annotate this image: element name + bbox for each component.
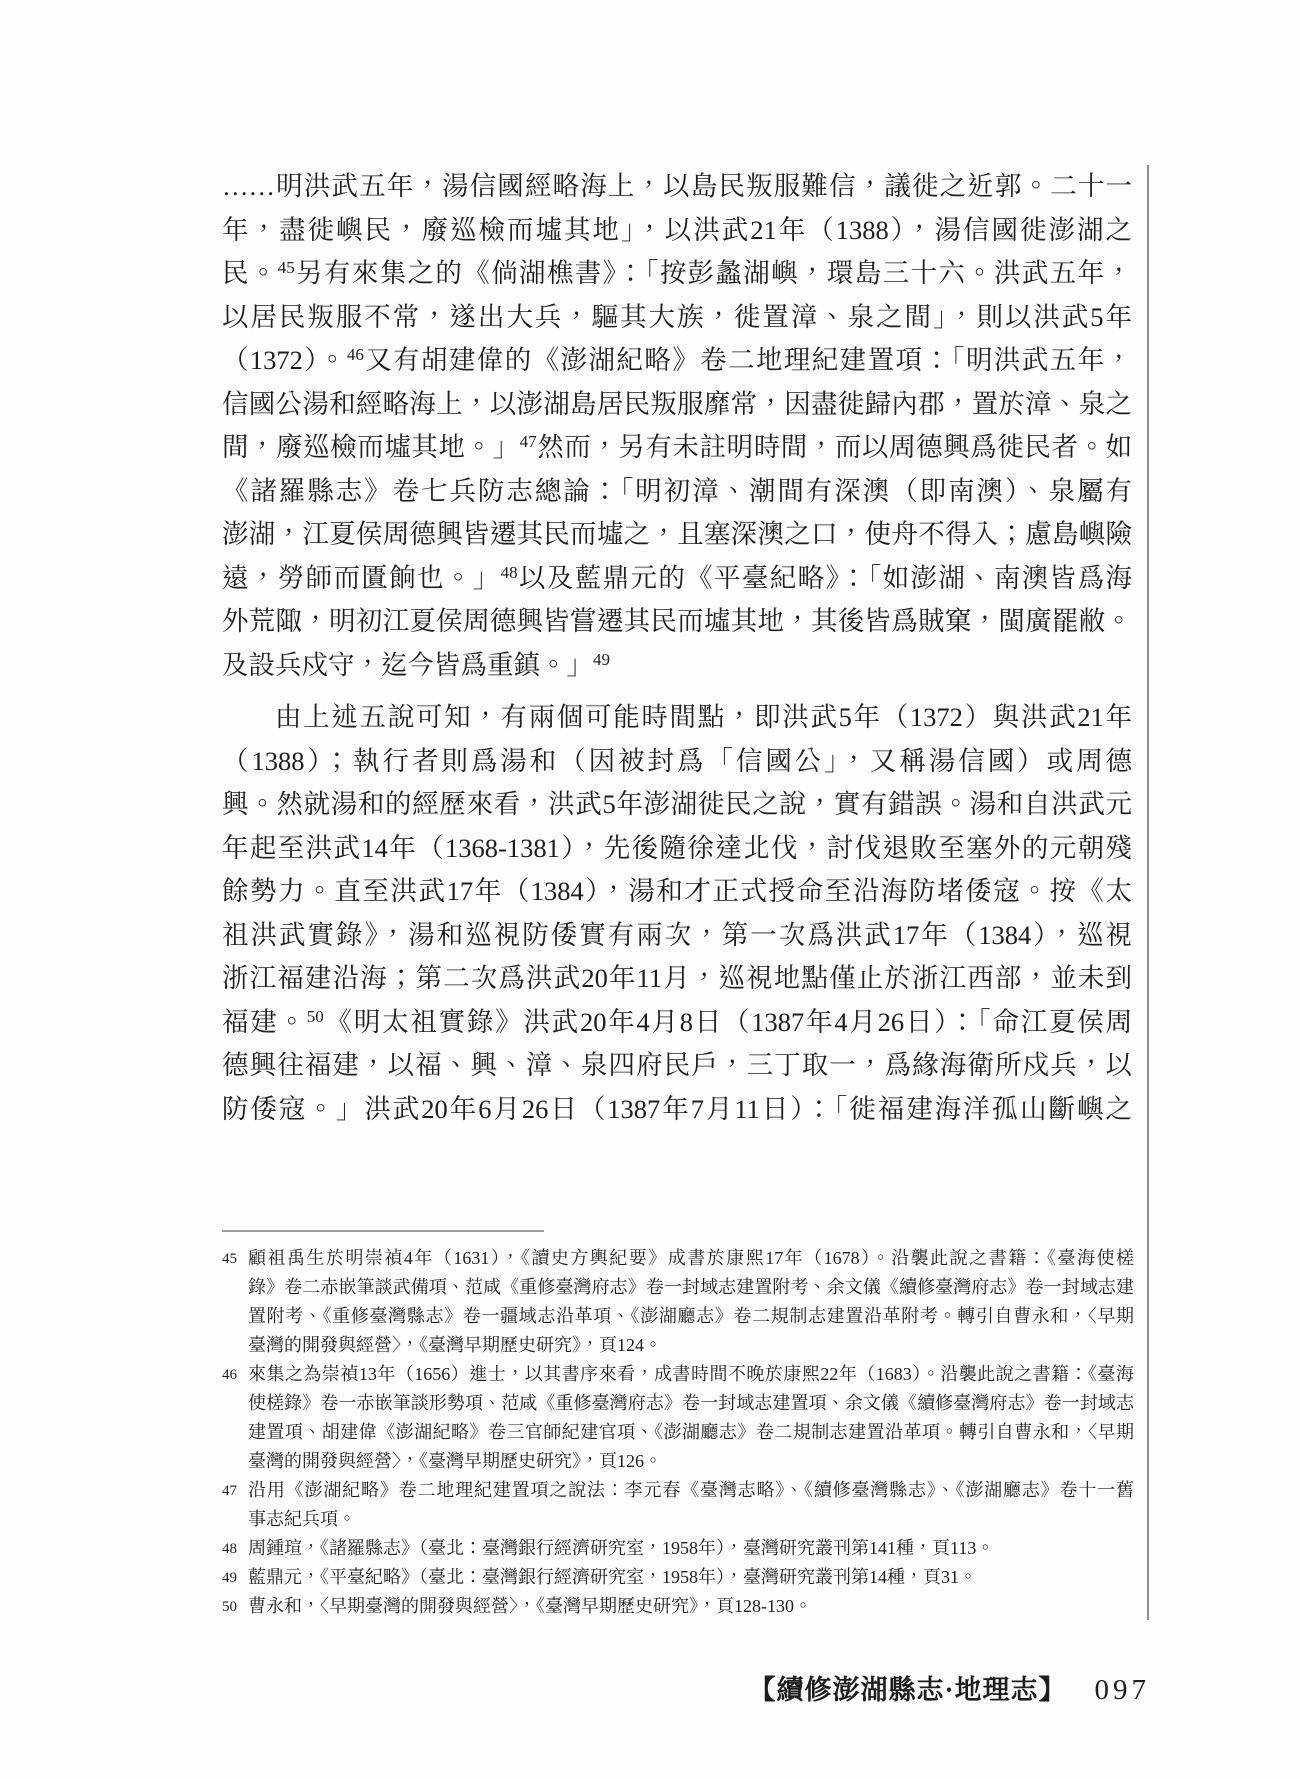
footnote-line: 事志紀兵項。 xyxy=(248,1505,1134,1534)
footnote-line: 臺灣的開發與經營〉，《臺灣早期歷史研究》，頁124。 xyxy=(248,1331,1134,1360)
body-line: 德興往福建，以福、興、漳、泉四府民戶，三丁取一，爲緣海衛所戍兵，以 xyxy=(222,1044,1132,1088)
footnote-line: 臺灣的開發與經營〉，《臺灣早期歷史研究》，頁126。 xyxy=(248,1447,1134,1476)
footer-page-number: 097 xyxy=(1095,1674,1151,1707)
body-line: 民。45另有來集之的《倘湖樵書》：「按彭蠡湖嶼，環島三十六。洪武五年， xyxy=(222,252,1132,296)
body-line: 年起至洪武14年（1368-1381），先後隨徐達北伐，討伐退敗至塞外的元朝殘 xyxy=(222,827,1132,871)
footnote-item: 46來集之為崇禎13年（1656）進士，以其書序來看，成書時間不晚於康熙22年（… xyxy=(222,1360,1134,1476)
body-line: 及設兵戍守，迄今皆爲重鎮。」49 xyxy=(222,644,1132,688)
footnote-item: 45顧祖禹生於明崇禎4年（1631），《讀史方輿紀要》成書於康熙17年（1678… xyxy=(222,1244,1134,1360)
footnote-line: 使槎錄》卷一赤嵌筆談形勢項、范咸《重修臺灣府志》卷一封域志建置項、余文儀《續修臺… xyxy=(248,1389,1134,1418)
body-line: 興。然就湯和的經歷來看，洪武5年澎湖徙民之說，實有錯誤。湯和自洪武元 xyxy=(222,783,1132,827)
body-line: 防倭寇。」洪武20年6月26日（1387年7月11日）：「徙福建海洋孤山斷嶼之 xyxy=(222,1088,1132,1132)
body-line: ……明洪武五年，湯信國經略海上，以島民叛服難信，議徙之近郭。二十一 xyxy=(222,165,1132,209)
body-line: 浙江福建沿海；第二次爲洪武20年11月，巡視地點僅止於浙江西部，並未到 xyxy=(222,957,1132,1001)
footnotes-block: 45顧祖禹生於明崇禎4年（1631），《讀史方輿紀要》成書於康熙17年（1678… xyxy=(222,1244,1134,1621)
footnote-ref: 45 xyxy=(278,258,295,277)
footnote-ref: 47 xyxy=(520,432,537,451)
footnote-ref: 49 xyxy=(593,650,610,669)
footnote-line: 沿用《澎湖紀略》卷二地理紀建置項之說法：李元春《臺灣志略》、《續修臺灣縣志》、《… xyxy=(248,1476,1134,1505)
footnote-line: 建置項、胡建偉《澎湖紀略》卷三官師紀建官項、《澎湖廳志》卷二規制志建置沿革項。轉… xyxy=(248,1418,1134,1447)
footnote-item: 49藍鼎元，《平臺紀略》（臺北：臺灣銀行經濟研究室，1958年），臺灣研究叢刊第… xyxy=(222,1563,1134,1592)
body-line: 《諸羅縣志》卷七兵防志總論：「明初漳、潮間有深澳（即南澳）、泉屬有 xyxy=(222,470,1132,514)
body-line: 遠，勞師而匱餉也。」48以及藍鼎元的《平臺紀略》：「如澎湖、南澳皆爲海 xyxy=(222,557,1132,601)
footnote-ref: 50 xyxy=(307,1007,324,1026)
body-line: 由上述五說可知，有兩個可能時間點，即洪武5年（1372）與洪武21年 xyxy=(222,696,1132,740)
body-line: （1372）。46又有胡建偉的《澎湖紀略》卷二地理紀建置項：「明洪武五年， xyxy=(222,339,1132,383)
footnote-item: 48周鍾瑄，《諸羅縣志》（臺北：臺灣銀行經濟研究室，1958年），臺灣研究叢刊第… xyxy=(222,1534,1134,1563)
book-page: ……明洪武五年，湯信國經略海上，以島民叛服難信，議徙之近郭。二十一年，盡徙嶼民，… xyxy=(0,0,1300,1779)
body-paragraph: ……明洪武五年，湯信國經略海上，以島民叛服難信，議徙之近郭。二十一年，盡徙嶼民，… xyxy=(222,165,1132,687)
footnote-line: 來集之為崇禎13年（1656）進士，以其書序來看，成書時間不晚於康熙22年（16… xyxy=(248,1360,1134,1389)
footnote-separator xyxy=(222,1230,544,1232)
body-paragraph: 由上述五說可知，有兩個可能時間點，即洪武5年（1372）與洪武21年（1388）… xyxy=(222,696,1132,1131)
footnote-number: 50 xyxy=(222,1593,237,1622)
body-line: 福建。50《明太祖實錄》洪武20年4月8日（1387年4月26日）：「命江夏侯周 xyxy=(222,1001,1132,1045)
body-line: （1388）；執行者則爲湯和（因被封爲「信國公」，又稱湯信國）或周德 xyxy=(222,740,1132,784)
footnote-item: 50曹永和，〈早期臺灣的開發與經營〉，《臺灣早期歷史研究》，頁128-130。 xyxy=(222,1592,1134,1621)
footnote-line: 藍鼎元，《平臺紀略》（臺北：臺灣銀行經濟研究室，1958年），臺灣研究叢刊第14… xyxy=(248,1563,1134,1592)
body-line: 祖洪武實錄》，湯和巡視防倭實有兩次，第一次爲洪武17年（1384），巡視 xyxy=(222,914,1132,958)
body-line: 信國公湯和經略海上，以澎湖島居民叛服靡常，因盡徙歸內郡，置於漳、泉之 xyxy=(222,383,1132,427)
footnote-ref: 46 xyxy=(347,345,364,364)
footnote-line: 顧祖禹生於明崇禎4年（1631），《讀史方輿紀要》成書於康熙17年（1678）。… xyxy=(248,1244,1134,1273)
body-line: 澎湖，江夏侯周德興皆遷其民而墟之，且塞深澳之口，使舟不得入；慮島嶼險 xyxy=(222,513,1132,557)
footnote-line: 錄》卷二赤嵌筆談武備項、范咸《重修臺灣府志》卷一封域志建置附考、余文儀《續修臺灣… xyxy=(248,1273,1134,1302)
footnote-line: 周鍾瑄，《諸羅縣志》（臺北：臺灣銀行經濟研究室，1958年），臺灣研究叢刊第14… xyxy=(248,1534,1134,1563)
body-line: 以居民叛服不常，遂出大兵，驅其大族，徙置漳、泉之間」，則以洪武5年 xyxy=(222,296,1132,340)
right-vertical-rule xyxy=(1147,165,1149,1620)
body-line: 餘勢力。直至洪武17年（1384），湯和才正式授命至沿海防堵倭寇。按《太 xyxy=(222,870,1132,914)
body-line: 間，廢巡檢而墟其地。」47然而，另有未註明時間，而以周德興爲徙民者。如 xyxy=(222,426,1132,470)
footnote-line: 置附考、《重修臺灣縣志》卷一疆域志沿革項、《澎湖廳志》卷二規制志建置沿革附考。轉… xyxy=(248,1302,1134,1331)
body-line: 外荒陬，明初江夏侯周德興皆嘗遷其民而墟其地，其後皆爲賊窠，閩廣罷敝。 xyxy=(222,600,1132,644)
body-line: 年，盡徙嶼民，廢巡檢而墟其地」，以洪武21年（1388），湯信國徙澎湖之 xyxy=(222,209,1132,253)
body-text-block: ……明洪武五年，湯信國經略海上，以島民叛服難信，議徙之近郭。二十一年，盡徙嶼民，… xyxy=(222,165,1132,1131)
footnote-ref: 48 xyxy=(501,563,518,582)
footnote-number: 47 xyxy=(222,1477,237,1506)
footnote-item: 47沿用《澎湖紀略》卷二地理紀建置項之說法：李元春《臺灣志略》、《續修臺灣縣志》… xyxy=(222,1476,1134,1534)
footnote-number: 45 xyxy=(222,1245,237,1274)
footnote-number: 48 xyxy=(222,1535,237,1564)
footnote-line: 曹永和，〈早期臺灣的開發與經營〉，《臺灣早期歷史研究》，頁128-130。 xyxy=(248,1592,1134,1621)
footer-title: 【續修澎湖縣志·地理志】 xyxy=(748,1668,1066,1707)
footnote-number: 49 xyxy=(222,1564,237,1593)
page-footer: 【續修澎湖縣志·地理志】 097 xyxy=(748,1668,1150,1707)
footnote-number: 46 xyxy=(222,1361,237,1390)
